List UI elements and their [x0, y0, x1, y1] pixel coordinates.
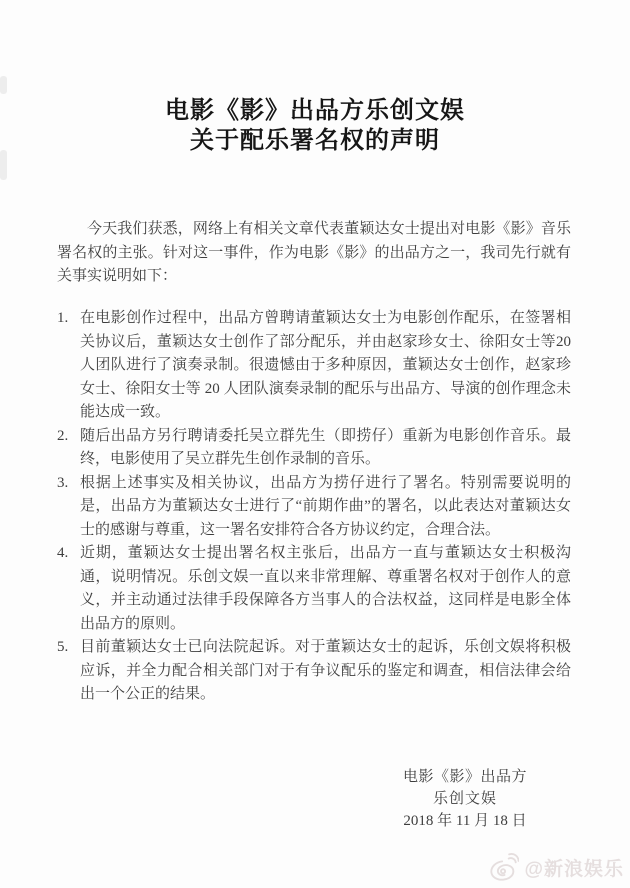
signature-block: 电影《影》出品方 乐创文娱 2018 年 11 月 18 日	[400, 766, 530, 832]
list-item-number: 1.	[57, 307, 80, 425]
list-item: 5. 目前董颖达女士已向法院起诉。对于董颖达女士的起诉，乐创文娱将积极应诉，并全…	[57, 636, 571, 707]
signature-company: 乐创文娱	[400, 788, 530, 810]
signature-producer: 电影《影》出品方	[400, 766, 530, 788]
signature-date: 2018 年 11 月 18 日	[400, 810, 530, 832]
list-item-text: 随后出品方另行聘请委托吴立群先生（即捞仔）重新为电影创作音乐。最终，电影使用了吴…	[80, 425, 571, 472]
document-title: 电影《影》出品方乐创文娱 关于配乐署名权的声明	[0, 96, 630, 156]
list-item-text: 在电影创作过程中，出品方曾聘请董颖达女士为电影创作配乐，在签署相关协议后，董颖达…	[80, 307, 571, 425]
list-item-number: 5.	[57, 636, 80, 707]
list-item-number: 3.	[57, 472, 80, 543]
weibo-icon	[489, 852, 519, 882]
statement-list: 1. 在电影创作过程中，出品方曾聘请董颖达女士为电影创作配乐，在签署相关协议后，…	[57, 307, 571, 707]
intro-paragraph: 今天我们获悉，网络上有相关文章代表董颖达女士提出对电影《影》音乐署名权的主张。针…	[57, 218, 571, 289]
document-title-line2: 关于配乐署名权的声明	[0, 126, 630, 156]
list-item: 3. 根据上述事实及相关协议，出品方为捞仔进行了署名。特别需要说明的是，出品方为…	[57, 472, 571, 543]
list-item-number: 4.	[57, 542, 80, 636]
list-item-text: 根据上述事实及相关协议，出品方为捞仔进行了署名。特别需要说明的是，出品方为董颖达…	[80, 472, 571, 543]
list-item-text: 目前董颖达女士已向法院起诉。对于董颖达女士的起诉，乐创文娱将积极应诉，并全力配合…	[80, 636, 571, 707]
list-item-number: 2.	[57, 425, 80, 472]
list-item: 2. 随后出品方另行聘请委托吴立群先生（即捞仔）重新为电影创作音乐。最终，电影使…	[57, 425, 571, 472]
list-item: 1. 在电影创作过程中，出品方曾聘请董颖达女士为电影创作配乐，在签署相关协议后，…	[57, 307, 571, 425]
weibo-handle: @新浪娱乐	[524, 854, 624, 881]
weibo-watermark: @新浪娱乐	[489, 852, 624, 882]
list-item-text: 近期，董颖达女士提出署名权主张后，出品方一直与董颖达女士积极沟通，说明情况。乐创…	[80, 542, 571, 636]
statement-document: 电影《影》出品方乐创文娱 关于配乐署名权的声明 今天我们获悉，网络上有相关文章代…	[0, 0, 630, 888]
list-item: 4. 近期，董颖达女士提出署名权主张后，出品方一直与董颖达女士积极沟通，说明情况…	[57, 542, 571, 636]
document-title-line1: 电影《影》出品方乐创文娱	[0, 96, 630, 126]
scan-artifact	[0, 76, 7, 94]
